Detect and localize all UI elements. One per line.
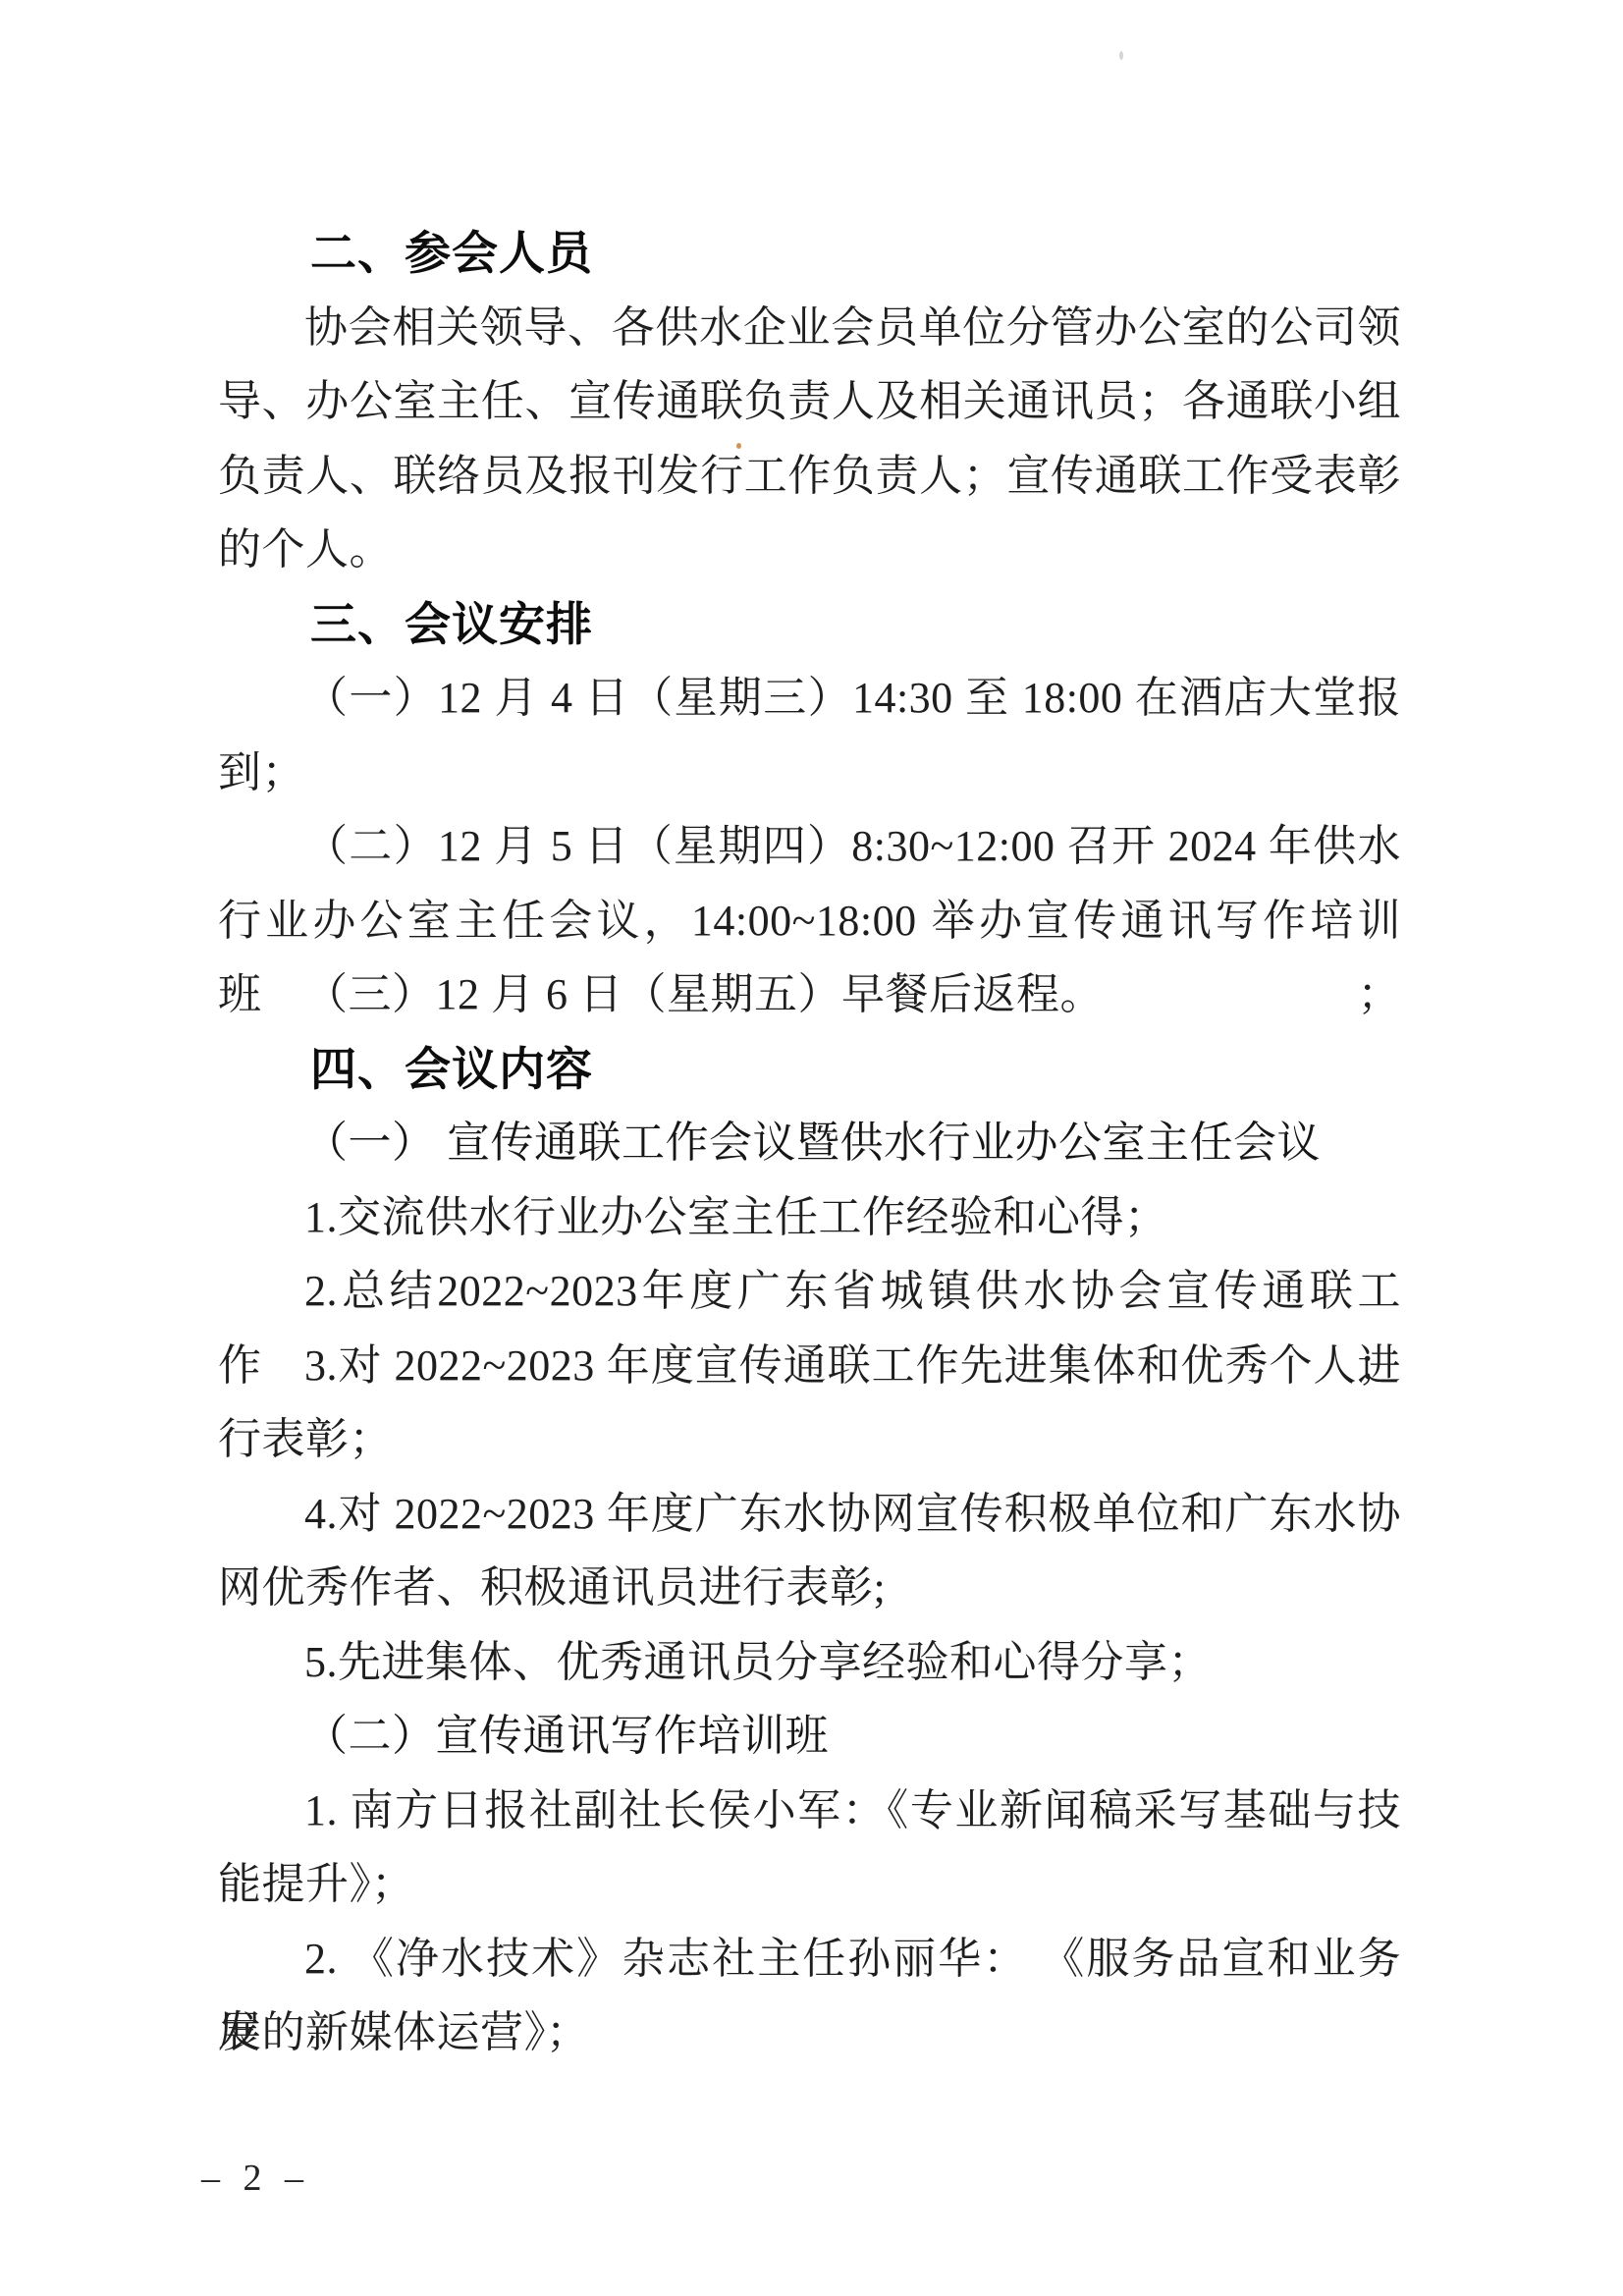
scan-speck-orange [736, 443, 741, 449]
text-line: 协会相关领导、各供水企业会员单位分管办公室的公司领 [218, 291, 1401, 365]
text-block: 二、参会人员协会相关领导、各供水企业会员单位分管办公室的公司领导、办公室主任、宣… [218, 216, 1401, 2070]
text-line: 2. 《净水技术》杂志社主任孙丽华： 《服务品宣和业务发 [218, 1922, 1401, 1996]
page-number: – 2 – [201, 2157, 305, 2200]
text-line: （二）12 月 5 日（星期四）8:30~12:00 召开 2024 年供水 [218, 809, 1401, 884]
text-line: 1.交流供水行业办公室主任工作经验和心得； [218, 1180, 1401, 1255]
text-line: 3.对 2022~2023 年度宣传通联工作先进集体和优秀个人进 [218, 1329, 1401, 1403]
text-line: 负责人、联络员及报刊发行工作负责人；宣传通联工作受表彰 [218, 439, 1401, 514]
text-line: 网优秀作者、积极通讯员进行表彰; [218, 1551, 1401, 1625]
text-line: 导、办公室主任、宣传通联负责人及相关通讯员；各通联小组 [218, 364, 1401, 439]
section-heading: 四、会议内容 [218, 1032, 1401, 1107]
subsection-heading: （一） 宣传通联工作会议暨供水行业办公室主任会议 [218, 1106, 1401, 1180]
text-line: 展的新媒体运营》； [218, 1995, 1401, 2070]
text-line: 5.先进集体、优秀通讯员分享经验和心得分享； [218, 1625, 1401, 1700]
section-heading: 三、会议安排 [218, 587, 1401, 662]
text-line: 能提升》； [218, 1847, 1401, 1922]
text-line: 1. 南方日报社副社长侯小军：《专业新闻稿采写基础与技 [218, 1774, 1401, 1848]
text-line: 行表彰； [218, 1402, 1401, 1477]
scan-speck-gray [1119, 51, 1123, 60]
text-line: 到； [218, 736, 1401, 810]
text-line: （一）12 月 4 日（星期三）14:30 至 18:00 在酒店大堂报 [218, 661, 1401, 736]
text-line: 2.总结2022~2023年度广东省城镇供水协会宣传通联工作； [218, 1254, 1401, 1329]
subsection-heading: （二）宣传通讯写作培训班 [218, 1699, 1401, 1774]
text-line: 行业办公室主任会议，14:00~18:00 举办宣传通讯写作培训班； [218, 884, 1401, 958]
text-line: 4.对 2022~2023 年度广东水协网宣传积极单位和广东水协 [218, 1477, 1401, 1552]
text-line: 的个人。 [218, 513, 1401, 587]
section-heading: 二、参会人员 [218, 216, 1401, 291]
document-page: 二、参会人员协会相关领导、各供水企业会员单位分管办公室的公司领导、办公室主任、宣… [0, 0, 1623, 2296]
